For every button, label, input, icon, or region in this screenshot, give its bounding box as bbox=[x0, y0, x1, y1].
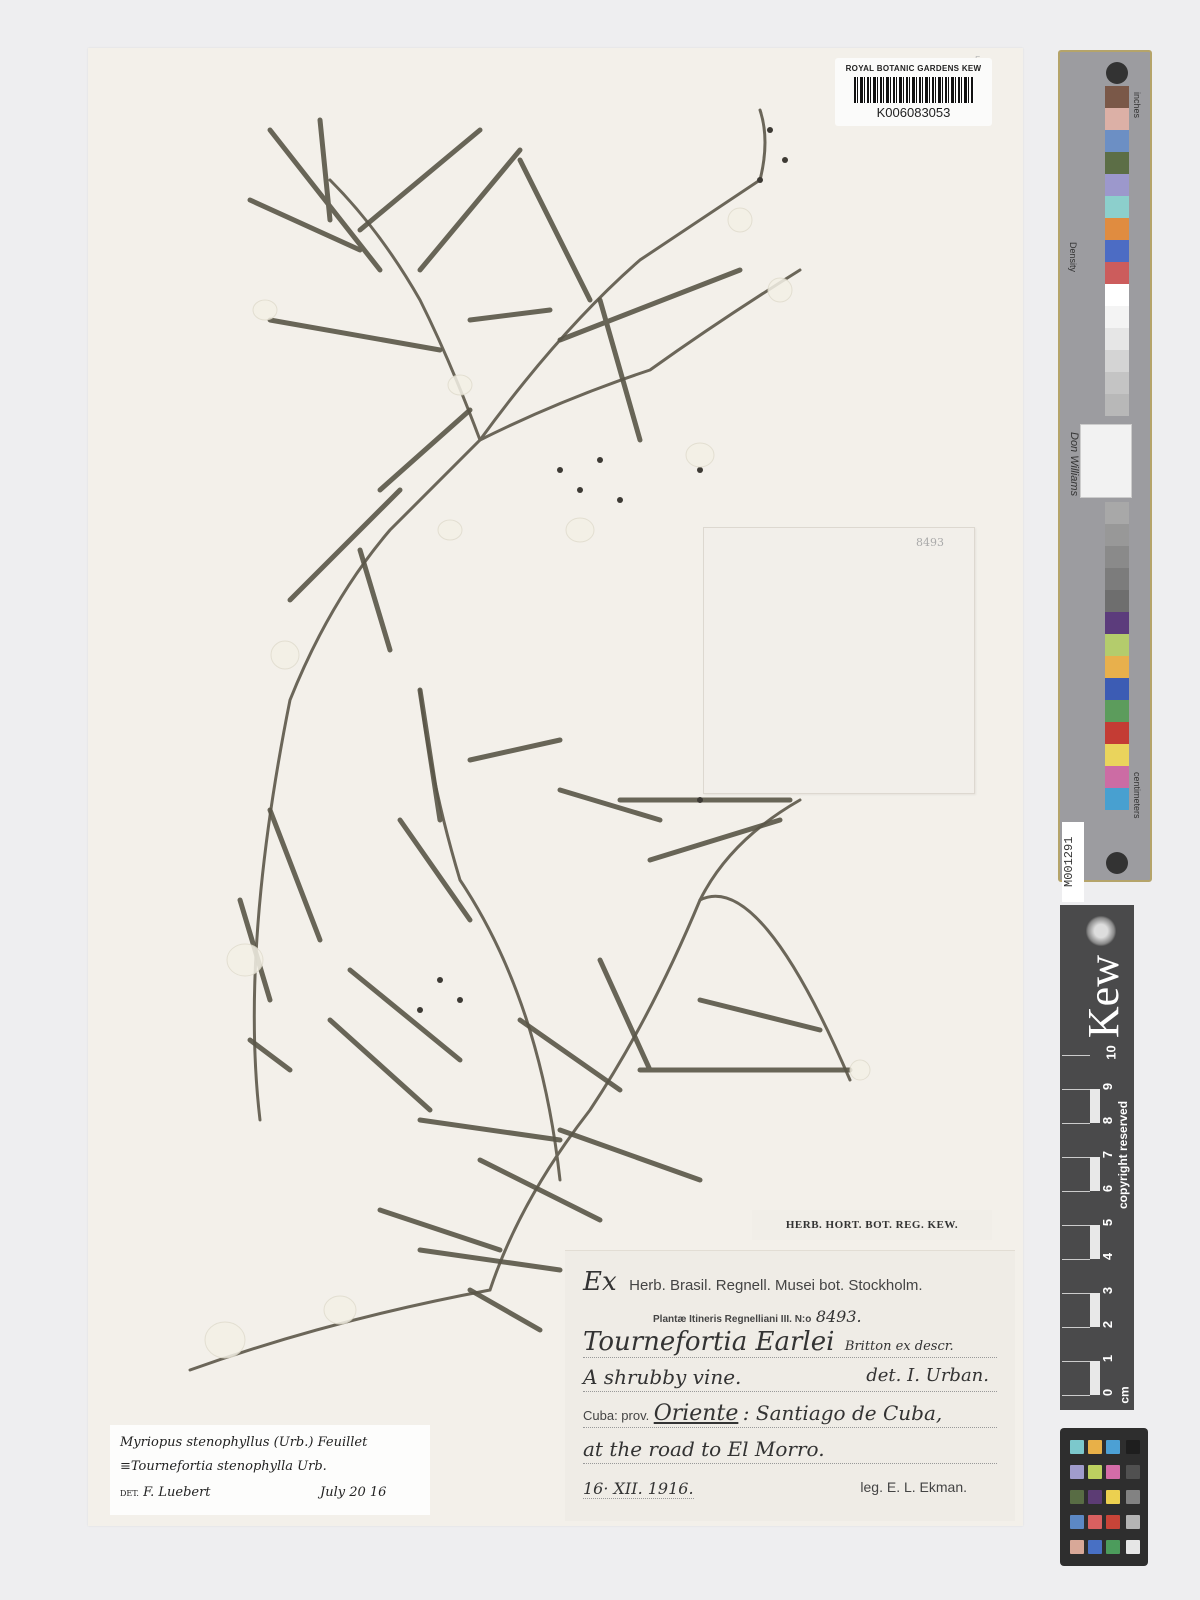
color-patch bbox=[1105, 328, 1129, 350]
ruler-tick-label: 2 bbox=[1100, 1321, 1115, 1328]
color-patch bbox=[1105, 788, 1129, 810]
ruler-tick-label: 10 bbox=[1104, 1045, 1119, 1059]
color-patch bbox=[1105, 700, 1129, 722]
habit: A shrubby vine. bbox=[583, 1365, 741, 1389]
checker-swatch bbox=[1106, 1540, 1120, 1554]
density-label: Density bbox=[1068, 242, 1078, 272]
kew-herbarium-stamp: HERB. HORT. BOT. REG. KEW. bbox=[752, 1210, 992, 1240]
ruler-alt-block bbox=[1090, 1157, 1100, 1191]
ruler-segment bbox=[1062, 1395, 1090, 1430]
taxon-authority: Britton ex descr. bbox=[845, 1339, 954, 1354]
checker-swatch bbox=[1106, 1465, 1120, 1479]
ruler-segment bbox=[1062, 1191, 1090, 1226]
color-patch bbox=[1105, 546, 1129, 568]
color-patch bbox=[1105, 152, 1129, 174]
color-patch bbox=[1105, 108, 1129, 130]
kew-scale-bar: Kew copyright reserved 012345678910 cm bbox=[1060, 905, 1134, 1410]
color-patch bbox=[1105, 766, 1129, 788]
color-patch bbox=[1105, 174, 1129, 196]
color-patch bbox=[1105, 568, 1129, 590]
packet-number: 8493 bbox=[916, 536, 944, 549]
brand-label: Don Williams bbox=[1068, 432, 1080, 496]
checker-swatch bbox=[1070, 1540, 1084, 1554]
herbarium-name: Herb. Brasil. Regnell. Musei bot. Stockh… bbox=[629, 1277, 922, 1294]
barcode-icon bbox=[854, 77, 974, 103]
ruler-alt-block bbox=[1090, 1293, 1100, 1327]
checker-swatch bbox=[1070, 1490, 1084, 1504]
color-patch bbox=[1105, 86, 1129, 108]
ex-prefix: Ex bbox=[583, 1267, 617, 1297]
collection-date: 16· XII. 1916. bbox=[583, 1479, 694, 1499]
color-checker-card bbox=[1060, 1428, 1148, 1566]
determiner: det. I. Urban. bbox=[866, 1365, 989, 1386]
checker-swatch bbox=[1088, 1540, 1102, 1554]
ruler-tick-label: 1 bbox=[1100, 1355, 1115, 1362]
color-patch bbox=[1105, 612, 1129, 634]
color-patch bbox=[1105, 350, 1129, 372]
ruler-segment bbox=[1062, 1293, 1090, 1328]
checker-swatch bbox=[1070, 1465, 1084, 1479]
checker-swatch bbox=[1088, 1440, 1102, 1454]
series-prefix: Plantæ Itineris Regnelliani III. N:o bbox=[653, 1314, 811, 1325]
color-patch bbox=[1105, 502, 1129, 524]
det-prefix: DET. bbox=[120, 1489, 139, 1498]
checker-gray-swatch bbox=[1126, 1515, 1140, 1529]
checker-swatch bbox=[1088, 1515, 1102, 1529]
ruler-alt-block bbox=[1090, 1089, 1100, 1123]
color-patch bbox=[1105, 722, 1129, 744]
centimeters-label: centimeters bbox=[1132, 772, 1142, 819]
ruler-tick-label: 9 bbox=[1100, 1083, 1115, 1090]
barcode-number: K006083053 bbox=[835, 105, 992, 120]
det-date: July 20 16 bbox=[320, 1485, 386, 1500]
cm-ruler: 012345678910 bbox=[1062, 1055, 1102, 1400]
taxon-name: Tournefortia Earlei bbox=[583, 1327, 834, 1357]
collection-label: Ex Herb. Brasil. Regnell. Musei bot. Sto… bbox=[565, 1250, 1015, 1521]
color-patch bbox=[1105, 394, 1129, 416]
checker-gray-swatch bbox=[1126, 1490, 1140, 1504]
color-patch bbox=[1105, 744, 1129, 766]
series-number: 8493. bbox=[816, 1307, 862, 1326]
fragment-packet[interactable]: 8493 bbox=[703, 527, 975, 794]
collector: leg. E. L. Ekman. bbox=[860, 1479, 967, 1495]
institution-name: ROYAL BOTANIC GARDENS KEW bbox=[835, 64, 992, 73]
ruler-tick-label: 8 bbox=[1100, 1117, 1115, 1124]
det-current-name: Myriopus stenophyllus (Urb.) Feuillet bbox=[120, 1435, 367, 1450]
color-patch bbox=[1105, 262, 1129, 284]
ruler-segment bbox=[1062, 1225, 1090, 1260]
ruler-tick-label: 5 bbox=[1100, 1219, 1115, 1226]
checker-swatch bbox=[1088, 1490, 1102, 1504]
ruler-tick-label: 6 bbox=[1100, 1185, 1115, 1192]
color-patch bbox=[1105, 196, 1129, 218]
country-prefix: Cuba: prov. bbox=[583, 1408, 649, 1423]
color-patch bbox=[1105, 634, 1129, 656]
ruler-alt-block bbox=[1090, 1225, 1100, 1259]
checker-gray-swatch bbox=[1126, 1440, 1140, 1454]
checker-swatch bbox=[1106, 1490, 1120, 1504]
ruler-segment bbox=[1062, 1327, 1090, 1362]
chart-code: M001291 bbox=[1062, 822, 1084, 902]
locality-line-2: at the road to El Morro. bbox=[583, 1437, 825, 1461]
ruler-segment bbox=[1062, 1157, 1090, 1192]
checker-gray-swatch bbox=[1126, 1540, 1140, 1554]
ruler-segment bbox=[1062, 1055, 1090, 1090]
checker-swatch bbox=[1070, 1515, 1084, 1529]
checker-swatch bbox=[1106, 1515, 1120, 1529]
color-patch bbox=[1105, 218, 1129, 240]
color-patch bbox=[1105, 678, 1129, 700]
ruler-tick-label: 4 bbox=[1100, 1253, 1115, 1260]
color-patch bbox=[1105, 284, 1129, 306]
checker-swatch bbox=[1070, 1440, 1084, 1454]
cm-unit: cm bbox=[1118, 1386, 1132, 1403]
punch-hole-icon bbox=[1106, 852, 1128, 874]
resolution-target bbox=[1080, 424, 1132, 498]
inches-label: inches bbox=[1132, 92, 1142, 118]
color-patch bbox=[1105, 240, 1129, 262]
kew-crest-icon bbox=[1086, 915, 1116, 947]
color-patch bbox=[1105, 656, 1129, 678]
color-patch bbox=[1105, 524, 1129, 546]
checker-swatch bbox=[1106, 1440, 1120, 1454]
ruler-segment bbox=[1062, 1123, 1090, 1158]
color-patch bbox=[1105, 372, 1129, 394]
ruler-alt-block bbox=[1090, 1361, 1100, 1395]
color-patch bbox=[1105, 590, 1129, 612]
locality-line-1: : Santiago de Cuba, bbox=[743, 1401, 942, 1425]
kew-logo: Kew bbox=[1078, 955, 1129, 1038]
ruler-tick-label: 7 bbox=[1100, 1151, 1115, 1158]
determination-slip: Myriopus stenophyllus (Urb.) Feuillet ≡T… bbox=[110, 1425, 430, 1515]
copyright-text: copyright reserved bbox=[1116, 1055, 1130, 1255]
det-synonym: ≡Tournefortia stenophylla Urb. bbox=[120, 1459, 327, 1474]
color-patch bbox=[1105, 306, 1129, 328]
ruler-tick-label: 3 bbox=[1100, 1287, 1115, 1294]
checker-gray-swatch bbox=[1126, 1465, 1140, 1479]
det-determiner: F. Luebert bbox=[143, 1485, 210, 1500]
ruler-segment bbox=[1062, 1259, 1090, 1294]
color-calibration-bar: inches Density Don Williams centimeters … bbox=[1058, 50, 1152, 882]
barcode-label: ROYAL BOTANIC GARDENS KEW K006083053 bbox=[835, 58, 992, 126]
province: Oriente bbox=[654, 1401, 739, 1426]
color-patch bbox=[1105, 130, 1129, 152]
ruler-tick-label: 0 bbox=[1100, 1389, 1115, 1396]
checker-swatch bbox=[1088, 1465, 1102, 1479]
ruler-segment bbox=[1062, 1361, 1090, 1396]
punch-hole-icon bbox=[1106, 62, 1128, 84]
ruler-segment bbox=[1062, 1089, 1090, 1124]
